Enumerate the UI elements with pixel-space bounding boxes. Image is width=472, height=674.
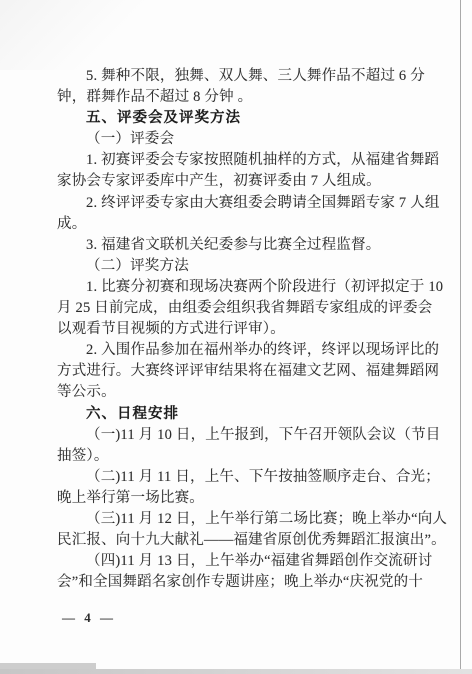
text-line: 1. 初赛评委会专家按照随机抽样的方式，从福建省舞蹈	[57, 150, 427, 171]
text-line: （三)11 月 12 日，上午举行第二场比赛；晚上举办“向人	[57, 509, 427, 530]
text-line: 3. 福建省文联机关纪委参与比赛全过程监督。	[57, 235, 427, 256]
document-lines: 5. 舞种不限，独舞、双人舞、三人舞作品不超过 6 分钟，群舞作品不超过 8 分…	[57, 66, 427, 593]
text-line: 月 25 日前完成，由组委会组织我省舞蹈专家组成的评委会	[57, 298, 427, 319]
text-line: 成。	[57, 214, 427, 235]
text-line: 2. 终评评委专家由大赛组委会聘请全国舞蹈专家 7 人组	[57, 193, 427, 214]
text-line: （一)11 月 10 日，上午报到，下午召开领队会议（节目	[57, 425, 427, 446]
text-line: 家协会专家评委库中产生，初赛评委由 7 人组成。	[57, 171, 427, 192]
text-line: 1. 比赛分初赛和现场决赛两个阶段进行（初评拟定于 10	[57, 277, 427, 298]
text-line: （二）评奖方法	[57, 256, 427, 277]
text-line: 5. 舞种不限，独舞、双人舞、三人舞作品不超过 6 分	[57, 66, 427, 87]
text-line: 2. 入围作品参加在福州举办的终评，终评以现场评比的	[57, 340, 427, 361]
text-line: 方式进行。大赛终评评审结果将在福建文艺网、福建舞蹈网	[57, 361, 427, 382]
text-line: （四)11 月 13 日，上午举办“福建省舞蹈创作交流研讨	[57, 551, 427, 572]
section-heading: 五、评委会及评奖方法	[57, 108, 427, 129]
scanned-document-page: 5. 舞种不限，独舞、双人舞、三人舞作品不超过 6 分钟，群舞作品不超过 8 分…	[0, 0, 472, 674]
text-line: 抽签）。	[57, 446, 427, 467]
text-line: 民汇报、向十九大献礼——福建省原创优秀舞蹈汇报演出”。	[57, 530, 427, 551]
scan-edge-right-line	[460, 0, 461, 674]
text-line: （二)11 月 11 日，上午、下午按抽签顺序走台、合光；	[57, 467, 427, 488]
text-line: 等公示。	[57, 382, 427, 403]
text-line: 钟，群舞作品不超过 8 分钟 。	[57, 87, 427, 108]
text-line: 以观看节目视频的方式进行评审）。	[57, 319, 427, 340]
text-line: 会”和全国舞蹈名家创作专题讲座；晚上举办“庆祝党的十	[57, 572, 427, 593]
scan-edge-bottom-strip	[0, 669, 472, 674]
section-heading: 六、日程安排	[57, 404, 427, 425]
text-line: （一）评委会	[57, 129, 427, 150]
page-number: — 4 —	[62, 610, 116, 626]
text-line: 晚上举行第一场比赛。	[57, 488, 427, 509]
